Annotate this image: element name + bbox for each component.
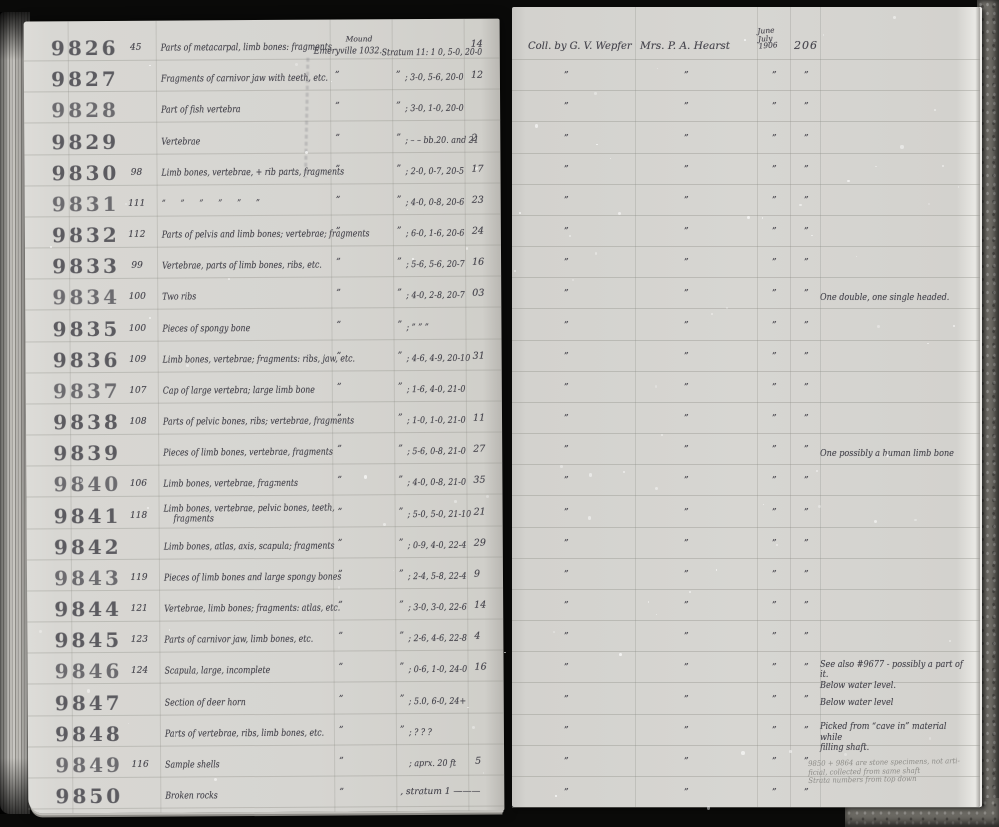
specimen-description: Limb bones, vertebrae; fragments: ribs, … xyxy=(163,354,355,365)
locality-ditto: ” xyxy=(339,788,344,798)
catalog-number: 9829 xyxy=(42,131,128,152)
stratum-ditto: ” xyxy=(398,351,403,361)
stratum-ditto: ” xyxy=(397,289,402,299)
locality-ditto: ” xyxy=(339,725,344,735)
donor-ditto: ” xyxy=(684,508,689,518)
measurements: ; 1-0, 1-0, 21-0 xyxy=(407,416,466,426)
stratum-ditto: ” xyxy=(398,444,403,454)
date-ditto: ” xyxy=(772,757,777,767)
accession-ditto: ” xyxy=(804,476,809,486)
collector-ditto: ” xyxy=(564,508,569,518)
date-ditto: ” xyxy=(772,165,777,175)
stratum: Stratum 11: 1 0, 5-0, 20-0 xyxy=(382,48,482,59)
specimen-description: Pieces of limb bones and large spongy bo… xyxy=(164,572,341,583)
column-rule xyxy=(757,7,758,807)
locality-ditto: ” xyxy=(335,133,340,143)
date-ditto: ” xyxy=(772,632,777,642)
locality-ditto: ” xyxy=(339,694,344,704)
ledger-row: ””””See also #9677 - possibly a part of … xyxy=(512,651,980,683)
accession-ditto: ” xyxy=(804,414,809,424)
accession-ditto: ” xyxy=(804,539,809,549)
locality-ditto: ” xyxy=(337,382,342,392)
date-ditto: ” xyxy=(772,102,777,112)
ledger-row: 9841118Limb bones, vertebrae, pelvic bon… xyxy=(26,494,502,529)
locality-ditto: ” xyxy=(335,102,340,112)
date-ditto: ” xyxy=(772,539,777,549)
accession-ditto: ” xyxy=(804,196,809,206)
locality-ditto: ” xyxy=(339,663,344,673)
ledger-row: 9850Broken rocks”, stratum 1 ——— xyxy=(28,774,504,809)
ledger-row: ”””” xyxy=(512,371,980,403)
column-rule xyxy=(790,7,791,807)
ledger-row: 9829Vertebrae””; – – bb.20. and 212 xyxy=(24,120,500,155)
collector-ditto: ” xyxy=(564,539,569,549)
catalog-number: 9840 xyxy=(44,474,130,495)
measurements: ; 4-0, 0-8, 21-0 xyxy=(407,478,466,488)
specimen-description: Limb bones, vertebrae, fragments xyxy=(163,479,298,490)
specimen-count: 11 xyxy=(473,413,485,424)
specimen-description: Section of deer horn xyxy=(165,698,246,708)
specimen-count: 17 xyxy=(471,163,483,174)
measurements: ; 0-6, 1-0, 24-0 xyxy=(409,665,468,675)
accession-ditto: ” xyxy=(804,71,809,81)
collector-ditto: ” xyxy=(564,352,569,362)
ledger-row: ”””” xyxy=(512,246,980,278)
measurements: ; 5.0, 6-0, 24+ xyxy=(409,696,466,706)
specimen-description: Vertebrae, limb bones; fragments: atlas,… xyxy=(164,604,340,615)
stratum-ditto: ” xyxy=(399,631,404,641)
stratum-ditto: ” xyxy=(397,257,402,267)
accession-ditto: ” xyxy=(804,726,809,736)
catalog-number: 9842 xyxy=(45,537,131,558)
stratum-ditto: ” xyxy=(397,195,402,205)
accession-ditto: ” xyxy=(804,570,809,580)
field-number: 109 xyxy=(120,354,156,364)
date-ditto: ” xyxy=(772,726,777,736)
accession-ditto: ” xyxy=(804,383,809,393)
ledger-row: ”””” xyxy=(512,495,980,527)
locality-ditto: ” xyxy=(338,601,343,611)
ledger-row: ”””” xyxy=(512,308,980,340)
ledger-row: 9834100Two ribs””; 4-0, 2-8, 20-703 xyxy=(25,276,501,311)
pencil-note: 9850 + 9864 are stone specimens, not art… xyxy=(808,757,960,785)
donor-ditto: ” xyxy=(684,570,689,580)
specimen-count: 23 xyxy=(472,195,484,206)
specimen-description: Part of fish vertebra xyxy=(161,106,240,116)
locality-ditto: ” xyxy=(337,476,342,486)
accession-ditto: ” xyxy=(804,289,809,299)
ledger-row: 9844121Vertebrae, limb bones; fragments:… xyxy=(27,587,503,622)
specimen-description: Pieces of spongy bone xyxy=(162,324,250,335)
accession-ditto: ” xyxy=(804,352,809,362)
specimen-count: 5 xyxy=(475,756,481,767)
date-ditto: ” xyxy=(772,196,777,206)
left-page-rows: 982645Parts of metacarpal, limb bones: f… xyxy=(24,19,500,22)
ledger-row: 9846124Scapula, large, incomplete””; 0-6… xyxy=(27,650,503,685)
ledger-row: 9839Pieces of limb bones, vertebrae, fra… xyxy=(26,432,502,467)
accession-ditto: ” xyxy=(804,788,809,798)
date-ditto: ” xyxy=(772,289,777,299)
accession-ditto: ” xyxy=(804,165,809,175)
specimen-count: 31 xyxy=(473,350,485,361)
locality-ditto: ” xyxy=(336,320,341,330)
measurements: ; 5-0, 5-0, 21-10 xyxy=(408,509,472,519)
field-number: 116 xyxy=(122,759,158,769)
collector-ditto: ” xyxy=(564,258,569,268)
specimen-count: 4 xyxy=(474,631,480,642)
stratum-ditto: ” xyxy=(398,382,403,392)
specimen-description: Fragments of carnivor jaw with teeth, et… xyxy=(161,74,328,85)
locality-ditto: ” xyxy=(338,538,343,548)
measurements: ; 2-4, 5-8, 22-4 xyxy=(408,572,467,582)
specimen-description: Limb bones, atlas, axis, scapula; fragme… xyxy=(164,541,335,552)
ledger-row: ”””” xyxy=(512,215,980,247)
catalog-number: 9850 xyxy=(46,786,132,807)
ledger-row: ”””” xyxy=(512,620,980,652)
donor-ditto: ” xyxy=(684,476,689,486)
collector-ditto: ” xyxy=(564,445,569,455)
stratum-ditto: ” xyxy=(397,320,402,330)
donor-ditto: ” xyxy=(684,352,689,362)
ledger-row: 9827Fragments of carnivor jaw with teeth… xyxy=(24,58,500,93)
field-number: 99 xyxy=(119,261,155,271)
collector-ditto: ” xyxy=(564,134,569,144)
specimen-count: 27 xyxy=(473,444,485,455)
measurements: ; 3-0, 5-6, 20-0 xyxy=(405,73,464,83)
catalog-number: 9844 xyxy=(45,599,131,620)
locality: Emeryville 1032. xyxy=(314,46,382,56)
donor-ditto: ” xyxy=(684,321,689,331)
measurements: ; aprx. 20 ft xyxy=(409,759,456,769)
accession-ditto: ” xyxy=(804,663,809,673)
locality-ditto: ” xyxy=(338,507,343,517)
field-number: 121 xyxy=(121,604,157,614)
ledger-row: ”””” xyxy=(512,589,980,621)
stratum-ditto: ” xyxy=(396,102,401,112)
measurements: ; 5-6, 0-8, 21-0 xyxy=(407,447,466,457)
ledger-row: ””””Below water level xyxy=(512,682,980,714)
donor-ditto: ” xyxy=(684,695,689,705)
date-ditto: ” xyxy=(772,227,777,237)
specimen-description: Parts of metacarpal, limb bones: fragmen… xyxy=(161,43,332,54)
locality-ditto: ” xyxy=(337,351,342,361)
specimen-count: 9 xyxy=(474,569,480,580)
ledger-row: 9848Parts of vertebrae, ribs, limb bones… xyxy=(28,712,504,747)
collector-ditto: ” xyxy=(564,632,569,642)
measurements: ; 2-6, 4-6, 22-8 xyxy=(408,634,467,644)
collector-ditto: ” xyxy=(564,414,569,424)
catalog-number: 9839 xyxy=(44,443,130,464)
ledger-row: 9842Limb bones, atlas, axis, scapula; fr… xyxy=(27,525,503,560)
field-number: 98 xyxy=(118,167,154,177)
ledger-row: 9840106Limb bones, vertebrae, fragments”… xyxy=(26,463,502,498)
ledger-row: ”””” xyxy=(512,527,980,559)
donor-ditto: ” xyxy=(684,788,689,798)
date-ditto: ” xyxy=(772,445,777,455)
donor-ditto: ” xyxy=(684,726,689,736)
date-ditto: ” xyxy=(772,476,777,486)
specimen-count: 21 xyxy=(474,506,486,517)
column-rule xyxy=(820,7,821,807)
date-ditto: ” xyxy=(772,352,777,362)
accession-ditto: ” xyxy=(804,695,809,705)
scanned-ledger-photo: { "document": { "type": "museum specimen… xyxy=(0,0,999,827)
ledger-row: 9837107Cap of large vertebra; large limb… xyxy=(26,369,502,404)
catalog-number: 9826 xyxy=(42,38,128,59)
collector-ditto: ” xyxy=(564,71,569,81)
field-number: 118 xyxy=(121,510,157,520)
collector-ditto: ” xyxy=(564,383,569,393)
ledger-left-page: 982645Parts of metacarpal, limb bones: f… xyxy=(24,19,505,814)
specimen-description: Vertebrae xyxy=(161,137,200,147)
ledger-row: ”””” xyxy=(512,340,980,372)
catalog-number: 9833 xyxy=(43,256,129,277)
date-ditto: ” xyxy=(772,695,777,705)
locality-ditto: ” xyxy=(337,445,342,455)
catalog-number: 9827 xyxy=(42,69,128,90)
donor-ditto: ” xyxy=(684,227,689,237)
accession-ditto: ” xyxy=(804,508,809,518)
collector-ditto: ” xyxy=(564,476,569,486)
catalog-number: 9836 xyxy=(44,350,130,371)
collector-ditto: ” xyxy=(564,788,569,798)
measurements: ; 3-0, 3-0, 22-6 xyxy=(408,603,467,613)
specimen-description: Sample shells xyxy=(165,760,220,770)
ledger-row: 9845123Parts of carnivor jaw, limb bones… xyxy=(27,619,503,654)
dust-speck xyxy=(504,652,505,653)
stratum-ditto: ” xyxy=(396,70,401,80)
accession-ditto: ” xyxy=(804,632,809,642)
specimen-description: Two ribs xyxy=(162,293,196,303)
locality-ditto: ” xyxy=(336,195,341,205)
stratum-ditto: ” xyxy=(398,476,403,486)
locality-ditto: ” xyxy=(338,569,343,579)
field-number: 119 xyxy=(121,573,157,583)
donor-ditto: ” xyxy=(684,71,689,81)
specimen-count: 35 xyxy=(473,475,485,486)
catalog-number: 9830 xyxy=(42,163,128,184)
date-ditto: ” xyxy=(772,321,777,331)
collector-ditto: ” xyxy=(564,227,569,237)
ledger-row: ””””One double, one single headed. xyxy=(512,277,980,309)
column-rule xyxy=(635,7,636,807)
measurements: ; 0-9, 4-0, 22-4 xyxy=(408,540,467,550)
specimen-description: Broken rocks xyxy=(165,791,218,801)
locality-ditto: ” xyxy=(336,289,341,299)
ledger-row: ””””Picked from “cave in” material while… xyxy=(512,714,980,746)
collector-ditto: ” xyxy=(564,289,569,299)
collector-ditto: ” xyxy=(564,165,569,175)
date-ditto: ” xyxy=(772,508,777,518)
catalog-number: 9841 xyxy=(45,505,131,526)
specimen-count: 16 xyxy=(472,257,484,268)
collector-ditto: ” xyxy=(564,601,569,611)
locality-ditto: ” xyxy=(338,632,343,642)
note: Below water level xyxy=(820,698,893,709)
specimen-description: Vertebrae, parts of limb bones, ribs, et… xyxy=(162,261,322,272)
donor-ditto: ” xyxy=(684,258,689,268)
measurements: ; 2-0, 0-7, 20-5 xyxy=(405,167,464,177)
field-number: 45 xyxy=(118,43,154,53)
ledger-row: 9836109Limb bones, vertebrae; fragments:… xyxy=(26,338,502,373)
specimen-description: Parts of carnivor jaw, limb bones, etc. xyxy=(164,635,313,646)
catalog-number: 9845 xyxy=(45,630,131,651)
date-ditto: ” xyxy=(772,258,777,268)
donor-ditto: ” xyxy=(684,663,689,673)
measurements: ; ” ” ” xyxy=(406,323,428,333)
ledger-right-page: ””””””””””””””””””””””””””””””””One doub… xyxy=(512,7,980,807)
date-ditto: ” xyxy=(772,788,777,798)
ledger-row: ”””” xyxy=(512,121,980,153)
date-ditto: ” xyxy=(772,663,777,673)
collector-ditto: ” xyxy=(564,695,569,705)
note: One double, one single headed. xyxy=(820,293,949,304)
field-number: 107 xyxy=(120,386,156,396)
field-number: 112 xyxy=(119,230,155,240)
specimen-description: Parts of vertebrae, ribs, limb bones, et… xyxy=(165,728,324,739)
date-ditto: ” xyxy=(772,134,777,144)
catalog-number: 9835 xyxy=(43,318,129,339)
ledger-row: 9849116Sample shells”; aprx. 20 ft5 xyxy=(28,743,504,778)
stratum-ditto: ” xyxy=(399,507,404,517)
stratum-ditto: ” xyxy=(399,569,404,579)
locality-ditto: ” xyxy=(335,164,340,174)
stratum-ditto: ” xyxy=(400,662,405,672)
ledger-row: 9843119Pieces of limb bones and large sp… xyxy=(27,556,503,591)
catalog-number: 9831 xyxy=(43,194,129,215)
collector-ditto: ” xyxy=(564,570,569,580)
catalog-number: 9847 xyxy=(46,692,132,713)
ledger-row: 983098Limb bones, vertebrae, + rib parts… xyxy=(24,151,500,186)
collector-ditto: ” xyxy=(564,726,569,736)
ledger-row: ”””” xyxy=(512,558,980,590)
accession-ditto: ” xyxy=(804,258,809,268)
measurements: ; 4-0, 0-8, 20-6 xyxy=(406,198,465,208)
donor-ditto: ” xyxy=(684,539,689,549)
ledger-row: 9835100Pieces of spongy bone””; ” ” ” xyxy=(25,307,501,342)
date-ditto: ” xyxy=(772,601,777,611)
date-ditto: ” xyxy=(772,71,777,81)
donor-ditto: ” xyxy=(684,134,689,144)
measurements: ; – – bb.20. and 21 xyxy=(405,135,478,145)
ledger-row: ”””” xyxy=(512,184,980,216)
stratum-ditto: ” xyxy=(397,226,402,236)
locality-ditto: ” xyxy=(339,756,344,766)
donor-ditto: ” xyxy=(684,601,689,611)
specimen-description: Limb bones, vertebrae, pelvic bones, tee… xyxy=(164,503,335,524)
specimen-count: 29 xyxy=(474,537,486,548)
catalog-number: 9843 xyxy=(45,568,131,589)
accession-ditto: ” xyxy=(804,445,809,455)
stratum-ditto: ” xyxy=(400,725,405,735)
collector-ditto: ” xyxy=(564,102,569,112)
ledger-row: ”””” xyxy=(512,59,980,91)
donor-ditto: ” xyxy=(684,165,689,175)
measurements: ; 6-0, 1-6, 20-6 xyxy=(406,229,465,239)
field-number: 100 xyxy=(119,323,155,333)
donor-ditto: ” xyxy=(684,196,689,206)
accession-ditto: ” xyxy=(804,321,809,331)
date-ditto: ” xyxy=(772,383,777,393)
specimen-count: 16 xyxy=(475,662,487,673)
field-number: 111 xyxy=(119,199,155,209)
measurements: ; 1-6, 4-0, 21-0 xyxy=(407,385,466,395)
locality-ditto: ” xyxy=(336,227,341,237)
field-number: 106 xyxy=(120,479,156,489)
measurements: ; 4-0, 2-8, 20-7 xyxy=(406,291,465,301)
date: JuneJuly1906 xyxy=(757,26,778,50)
field-number: 100 xyxy=(119,292,155,302)
donor-ditto: ” xyxy=(684,383,689,393)
stratum-ditto: ” xyxy=(399,538,404,548)
accession-ditto: ” xyxy=(804,102,809,112)
specimen-description: Parts of pelvic bones, ribs; vertebrae, … xyxy=(163,417,354,428)
donor: Mrs. P. A. Hearst xyxy=(640,40,730,52)
specimen-description: Cap of large vertebra; large limb bone xyxy=(163,386,315,397)
ledger-row: 9828Part of fish vertebra””; 3-0, 1-0, 2… xyxy=(24,89,500,124)
stratum-ditto: ” xyxy=(399,600,404,610)
specimen-description: Limb bones, vertebrae, + rib parts, frag… xyxy=(161,167,344,178)
catalog-number: 9849 xyxy=(46,755,132,776)
ledger-row: ”””” xyxy=(512,464,980,496)
measurements: ; 4-6, 4-9, 20-10 xyxy=(407,353,471,363)
donor-ditto: ” xyxy=(684,414,689,424)
book-cover-edge xyxy=(977,0,999,827)
specimen-count: 12 xyxy=(471,70,483,81)
donor-ditto: ” xyxy=(684,289,689,299)
note: One possibly a human limb bone xyxy=(820,449,954,460)
collector-ditto: ” xyxy=(564,757,569,767)
locality-ditto: ” xyxy=(337,414,342,424)
catalog-number: 9848 xyxy=(46,723,132,744)
catalog-number: 9834 xyxy=(43,287,129,308)
stratum-ditto: ” xyxy=(396,164,401,174)
catalog-number: 9832 xyxy=(43,225,129,246)
specimen-count: 24 xyxy=(472,226,484,237)
catalog-number: 9838 xyxy=(44,412,130,433)
ledger-row: ”””” xyxy=(512,90,980,122)
collector: Coll. by G. V. Wepfer xyxy=(528,41,632,52)
specimen-description: Scapula, large, incomplete xyxy=(165,666,271,677)
accession-ditto: ” xyxy=(804,134,809,144)
collector-ditto: ” xyxy=(564,321,569,331)
measurements: ; ? ? ? xyxy=(409,728,432,738)
ledger-row: 9838108Parts of pelvic bones, ribs; vert… xyxy=(26,400,502,435)
locality-ditto: ” xyxy=(335,71,340,81)
accession-number: 206 xyxy=(794,39,818,52)
donor-ditto: ” xyxy=(684,632,689,642)
field-number: 123 xyxy=(121,635,157,645)
ledger-row: ”””” xyxy=(512,402,980,434)
ledger-row: ”””” xyxy=(512,153,980,185)
field-number: 108 xyxy=(120,417,156,427)
stratum-ditto: ” xyxy=(400,694,405,704)
locality-insertion: Mound xyxy=(346,34,373,43)
donor-ditto: ” xyxy=(684,757,689,767)
ledger-row: ””””One possibly a human limb bone xyxy=(512,433,980,465)
catalog-number: 9828 xyxy=(42,100,128,121)
date-ditto: ” xyxy=(772,570,777,580)
donor-ditto: ” xyxy=(684,102,689,112)
locality-ditto: ” xyxy=(336,258,341,268)
donor-ditto: ” xyxy=(684,445,689,455)
ledger-row: 9831111” ” ” ” ” ”””; 4-0, 0-8, 20-623 xyxy=(25,182,501,217)
specimen-count: 14 xyxy=(474,600,486,611)
accession-ditto: ” xyxy=(804,601,809,611)
stratum-ditto: ” xyxy=(398,413,403,423)
catalog-number: 9846 xyxy=(45,661,131,682)
collector-ditto: ” xyxy=(564,196,569,206)
